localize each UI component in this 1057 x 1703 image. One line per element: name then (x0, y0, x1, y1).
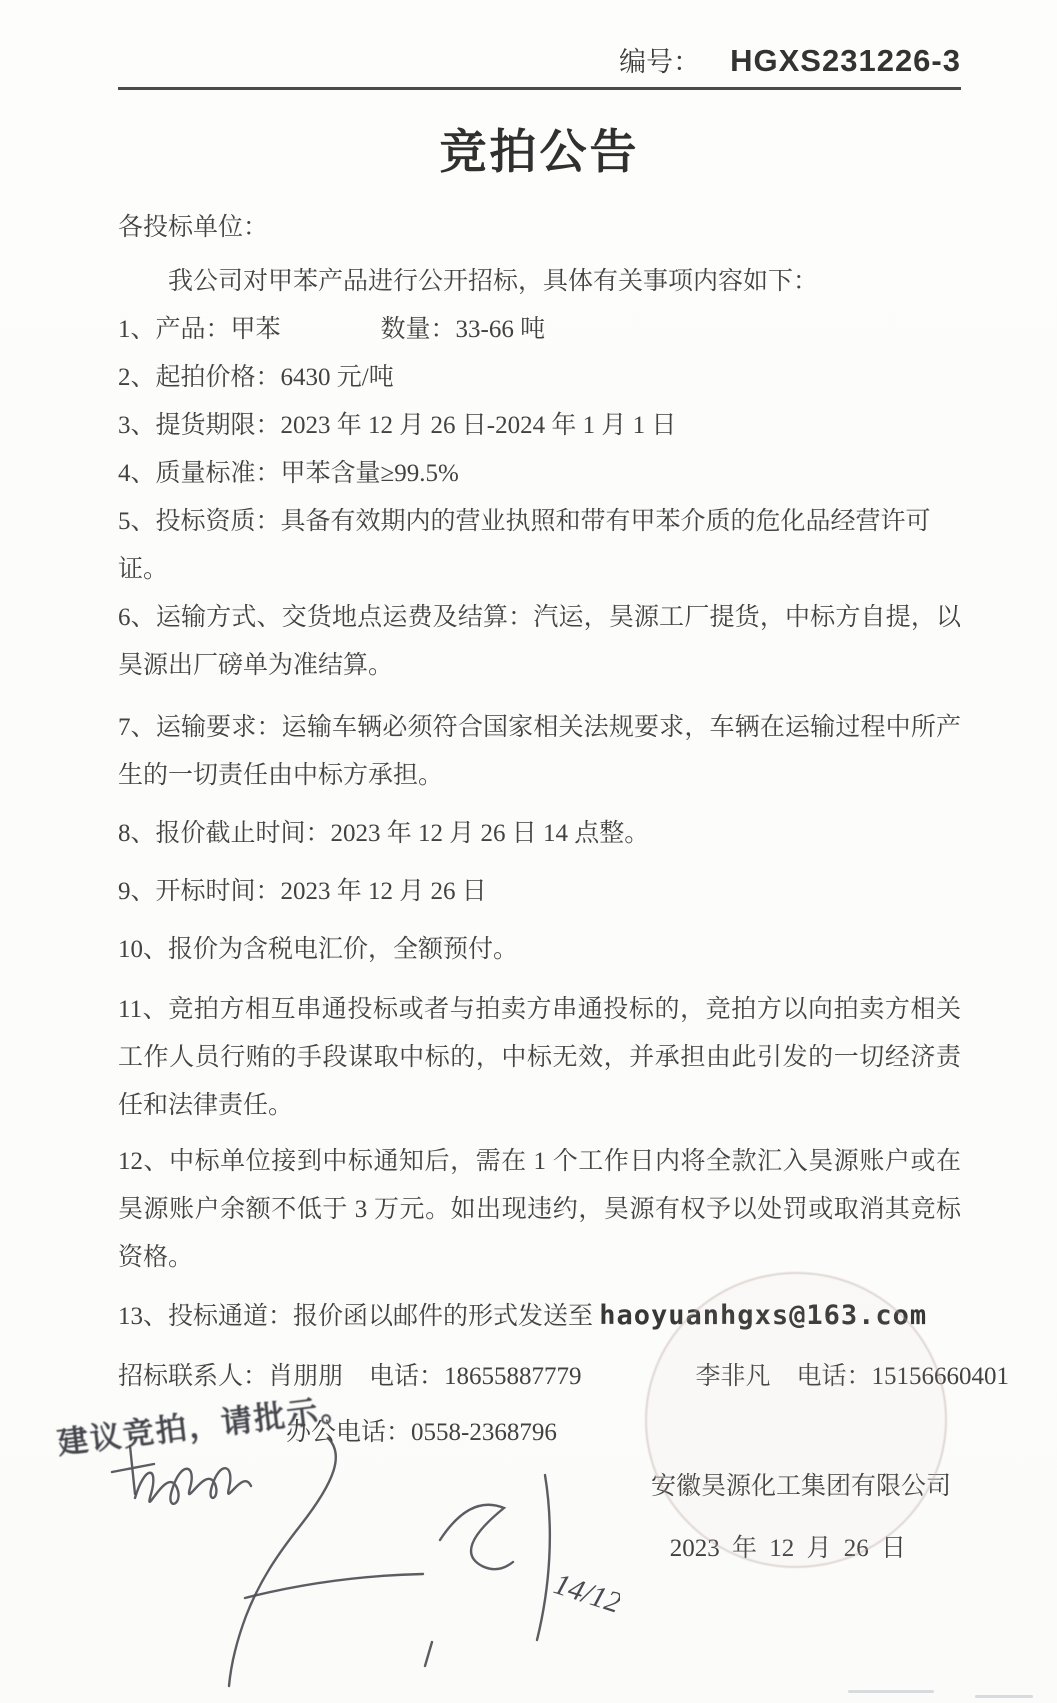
signature-left-tail (425, 1642, 432, 1666)
list-item-12: 12、中标单位接到中标通知后，需在 1 个工作日内将全款汇入昊源账户或在昊源账户… (118, 1138, 961, 1282)
intro-paragraph: 我公司对甲苯产品进行公开招标，具体有关事项内容如下： (118, 258, 961, 306)
signature-left-slash (229, 1438, 336, 1686)
scan-smudge (848, 1690, 934, 1693)
list-item-6: 6、运输方式、交货地点运费及结算：汽运，昊源工厂提货，中标方自提，以昊源出厂磅单… (118, 594, 961, 690)
handwritten-signatures: 14/12 (40, 1380, 620, 1703)
document-page: 编号：HGXS231226-3 竞拍公告 各投标单位： 我公司对甲苯产品进行公开… (0, 0, 1057, 1703)
signature-middle-stroke (537, 1475, 550, 1640)
list-item-8: 8、报价截止时间：2023 年 12 月 26 日 14 点整。 (118, 810, 961, 858)
salutation: 各投标单位： (118, 204, 961, 252)
list-item-3: 3、提货期限：2023 年 12 月 26 日-2024 年 1 月 1 日 (118, 402, 961, 450)
header-divider (118, 87, 961, 90)
list-item-5: 5、投标资质：具备有效期内的营业执照和带有甲苯介质的危化品经营许可证。 (118, 498, 961, 594)
doc-number-label: 编号： (619, 47, 700, 77)
item-13-channel: 13、投标通道：报价函以邮件的形式发送至 (118, 1303, 593, 1330)
page-title: 竞拍公告 (118, 124, 961, 182)
handwritten-date-mark: 14/12 (550, 1567, 620, 1620)
doc-number-value: HGXS231226-3 (730, 43, 961, 78)
list-item-1: 1、产品：甲苯数量：33-66 吨 (118, 306, 961, 354)
list-item-7: 7、运输要求：运输车辆必须符合国家相关法规要求，车辆在运输过程中所产生的一切责任… (118, 704, 961, 800)
item-1-product: 1、产品：甲苯 (118, 316, 281, 343)
list-item-2: 2、起拍价格：6430 元/吨 (118, 354, 961, 402)
list-item-11: 11、竞拍方相互串通投标或者与拍卖方串通投标的，竞拍方以向拍卖方相关工作人员行贿… (118, 986, 961, 1130)
signature-left-tick (112, 1446, 154, 1494)
doc-number-row: 编号：HGXS231226-3 (118, 0, 961, 79)
signature-middle-z (440, 1505, 513, 1569)
signature-left-loops (135, 1468, 251, 1504)
signature-left-underline (245, 1574, 423, 1598)
list-item-9: 9、开标时间：2023 年 12 月 26 日 (118, 868, 961, 916)
item-1-quantity: 数量：33-66 吨 (381, 316, 546, 343)
list-item-10: 10、报价为含税电汇价，全额预付。 (118, 926, 961, 974)
scan-smudge (975, 1695, 1033, 1698)
list-item-4: 4、质量标准：甲苯含量≥99.5% (118, 450, 961, 498)
